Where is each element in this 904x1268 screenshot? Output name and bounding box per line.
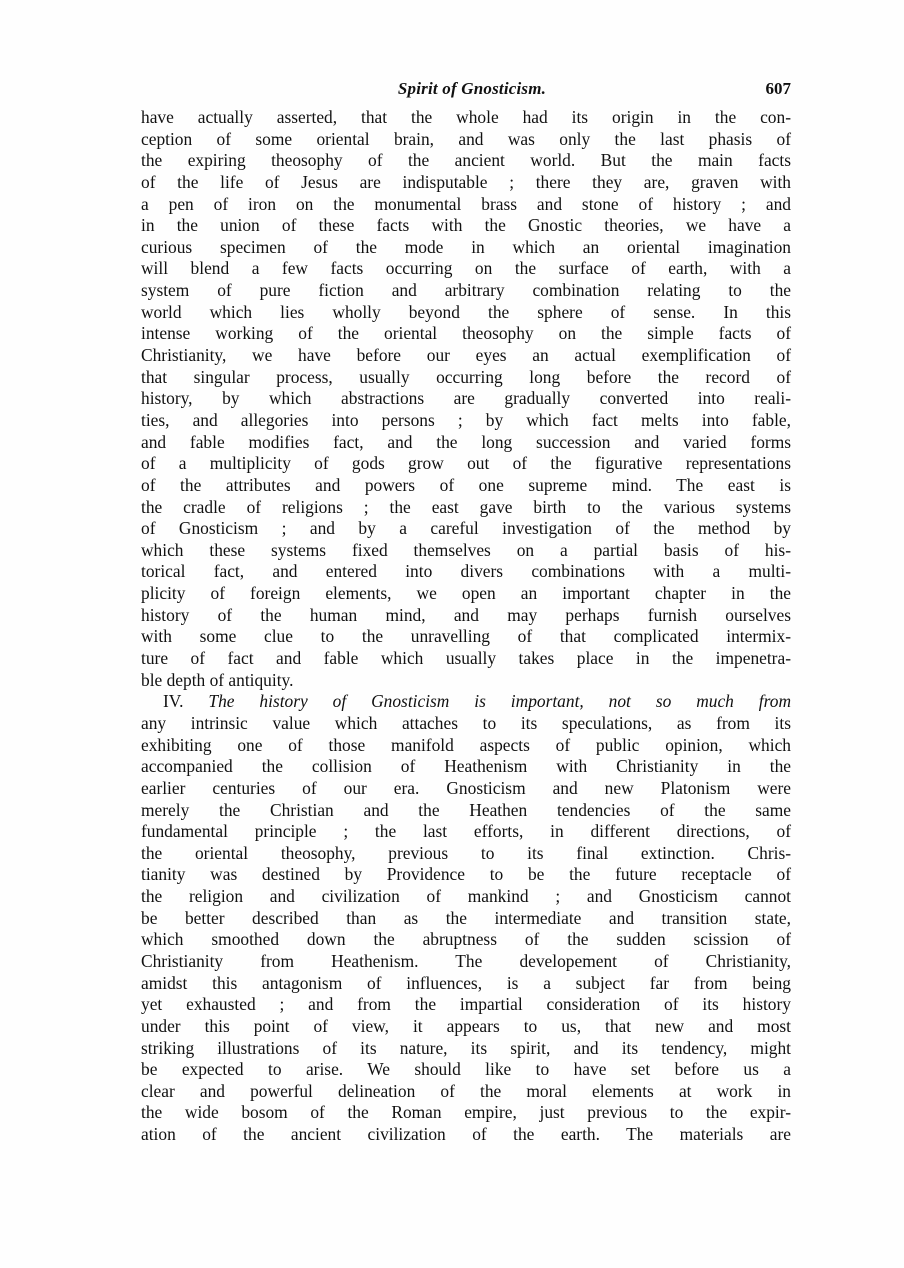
text-line: merely the Christian and the Heathen ten… [141,800,791,822]
text-line: system of pure fiction and arbitrary com… [141,280,791,302]
text-line: under this point of view, it appears to … [141,1016,791,1038]
text-line: the oriental theosophy, previous to its … [141,843,791,865]
text-line: history of the human mind, and may perha… [141,605,791,627]
running-head: Spirit of Gnosticism. 607 [141,79,791,103]
text-line: Christianity, we have before our eyes an… [141,345,791,367]
text-line: the religion and civilization of mankind… [141,886,791,908]
text-line: exhibiting one of those manifold aspects… [141,735,791,757]
text-line: be expected to arise. We should like to … [141,1059,791,1081]
book-page: Spirit of Gnosticism. 607 have actually … [0,0,904,1268]
text-line: a pen of iron on the monumental brass an… [141,194,791,216]
italic-lead: The history of Gnosticism is important, … [208,691,791,711]
section-heading-line: IV. The history of Gnosticism is importa… [141,691,791,713]
text-line: tianity was destined by Providence to be… [141,864,791,886]
text-line: Christianity from Heathenism. The develo… [141,951,791,973]
text-line: which smoothed down the abruptness of th… [141,929,791,951]
body-text: have actually asserted, that the whole h… [141,107,791,1146]
text-line: the cradle of religions ; the east gave … [141,497,791,519]
running-title: Spirit of Gnosticism. [141,79,791,99]
text-line: ation of the ancient civilization of the… [141,1124,791,1146]
text-line: will blend a few facts occurring on the … [141,258,791,280]
text-line: curious specimen of the mode in which an… [141,237,791,259]
text-line: in the union of these facts with the Gno… [141,215,791,237]
text-line: ties, and allegories into persons ; by w… [141,410,791,432]
text-line: striking illustrations of its nature, it… [141,1038,791,1060]
text-line: the expiring theosophy of the ancient wo… [141,150,791,172]
text-line: ception of some oriental brain, and was … [141,129,791,151]
text-line: which these systems fixed themselves on … [141,540,791,562]
text-line: accompanied the collision of Heathenism … [141,756,791,778]
text-line: with some clue to the unravelling of tha… [141,626,791,648]
text-line: of the life of Jesus are indisputable ; … [141,172,791,194]
text-line: torical fact, and entered into divers co… [141,561,791,583]
text-line: of the attributes and powers of one supr… [141,475,791,497]
page-number: 607 [766,79,792,99]
text-line: and fable modifies fact, and the long su… [141,432,791,454]
text-line: amidst this antagonism of influences, is… [141,973,791,995]
text-line: have actually asserted, that the whole h… [141,107,791,129]
text-line: any intrinsic value which attaches to it… [141,713,791,735]
text-line: ble depth of antiquity. [141,670,791,692]
text-line: be better described than as the intermed… [141,908,791,930]
text-line: of a multiplicity of gods grow out of th… [141,453,791,475]
text-line: earlier centuries of our era. Gnosticism… [141,778,791,800]
section-numeral: IV. [163,691,183,711]
text-line: world which lies wholly beyond the spher… [141,302,791,324]
text-line: clear and powerful delineation of the mo… [141,1081,791,1103]
text-line: that singular process, usually occurring… [141,367,791,389]
text-line: fundamental principle ; the last efforts… [141,821,791,843]
text-line: history, by which abstractions are gradu… [141,388,791,410]
text-line: yet exhausted ; and from the impartial c… [141,994,791,1016]
text-line: intense working of the oriental theosoph… [141,323,791,345]
text-line: the wide bosom of the Roman empire, just… [141,1102,791,1124]
text-line: plicity of foreign elements, we open an … [141,583,791,605]
text-line: ture of fact and fable which usually tak… [141,648,791,670]
text-line: of Gnosticism ; and by a careful investi… [141,518,791,540]
